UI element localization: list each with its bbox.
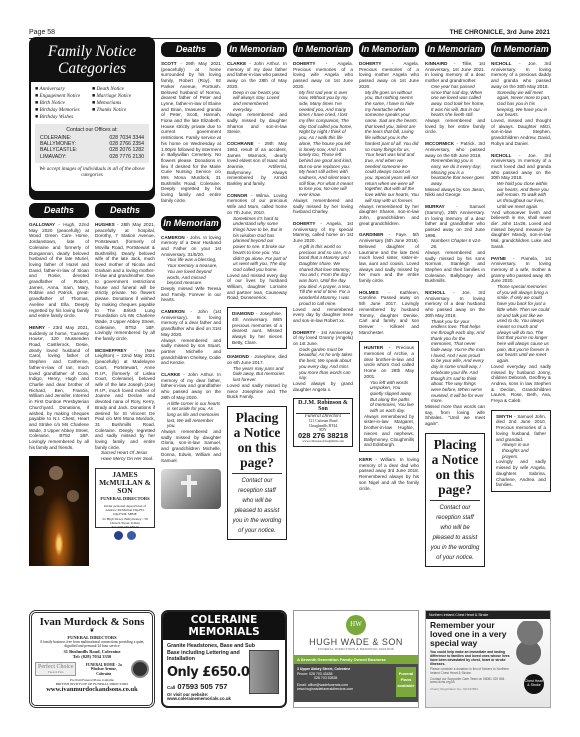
notice: KERR - William. In loving memory of a de… xyxy=(359,457,419,491)
chs-logo-icon: Chest Heart & Stroke xyxy=(524,674,544,694)
ornament-icon: ❦ xyxy=(35,628,149,635)
section-heading-memoriam: In Memoriam xyxy=(359,42,419,57)
crest-icon xyxy=(114,531,123,540)
memorials-website-link[interactable]: www.colerainememorials.co.uk xyxy=(167,697,281,702)
section-heading-memoriam: In Memoriam xyxy=(425,42,485,57)
notice-boxed: DIAMOND - Josephine. 4th Anniversary. Wi… xyxy=(227,307,287,349)
section-heading-deaths: Deaths xyxy=(161,42,221,57)
notice: NICHOLL - Joe. 3rd Anniversary. In lovin… xyxy=(491,61,551,147)
placing-notice-ad: Placing a Notice on this page? Contact o… xyxy=(425,433,485,567)
notice: MURRAY - Samuel (Sammy), 25th Anniversar… xyxy=(425,204,485,284)
notice: GALLOWAY - Hugh, 22nd May 2020 (peaceful… xyxy=(29,222,89,319)
notice: SCOTT - 29th May 2021 (peacefully) at ho… xyxy=(161,61,221,204)
notice: HENRY - 23rd May 2021, suddenly at home,… xyxy=(29,325,89,450)
notice: CAMERON - John (1st Anniversary). In lov… xyxy=(161,309,221,366)
column-deaths-1: Deaths GALLOWAY - Hugh, 22nd May 2020 (p… xyxy=(29,203,89,566)
column-5: In Memoriam DOHERTY - Angela. Precious m… xyxy=(293,42,353,452)
section-heading-memoriam: In Memoriam xyxy=(491,42,551,57)
column-7: In Memoriam KINNAIRD - Tillie, 1st Anniv… xyxy=(425,42,485,572)
section-heading-deaths: Deaths xyxy=(29,203,89,218)
mcmullan-funeral-ad: JAMES McMULLAN & SON FUNERAL DIRECTORS U… xyxy=(95,468,155,528)
hw-logo-icon: HW xyxy=(346,615,366,635)
candle-image xyxy=(29,456,89,566)
section-heading-memoriam: In Memoriam xyxy=(161,216,221,231)
category-item: Birth Notice xyxy=(35,100,92,106)
robinson-funeral-ad: D.J.M. Robinson & Son Funeral Directors … xyxy=(293,398,353,447)
office-row: LIMAVADY:028 7776 2130 xyxy=(40,154,144,160)
notice: HOLMES - Kathleen, Caroline. Passed away… xyxy=(359,290,419,336)
category-item: Anniversary xyxy=(35,86,92,92)
notice: MCCORMICK - Patrick. 3rd Anniversary, wh… xyxy=(425,141,485,198)
coleraine-memorials-ad: COLERAINE MEMORIALS Granite Headstones, … xyxy=(161,610,287,708)
notice: NICHOLL - Joe. 3rd Anniversary. In lovin… xyxy=(425,290,485,427)
notice: CONNOR - Wilma. Loving memories of our p… xyxy=(227,193,287,301)
family-notice-categories: Family Notice Categories Anniversary Dea… xyxy=(29,37,155,200)
selected-icon xyxy=(127,531,136,540)
notice: CLARKE - John Arthur. In memory of my de… xyxy=(227,61,287,135)
murdock-website-link[interactable]: www.ivanmurdockandsons.co.uk xyxy=(35,686,149,693)
section-heading-memoriam: In Memoriam xyxy=(293,42,353,57)
notice: COCHRANE - 29th May 1963, result of an a… xyxy=(227,141,287,187)
publication-date: THE CHRONICLE, 3rd June 2021 xyxy=(450,29,550,36)
notice: PAYNE - Pamela, 1st Anniversary. In lovi… xyxy=(491,256,551,404)
category-item: Birthday Memories xyxy=(35,107,92,113)
wade-email-link[interactable]: office@wadefunerals.com xyxy=(308,683,348,687)
headstone-image xyxy=(249,650,279,694)
column-6: In Memoriam DOHERTY - Angela. Precious m… xyxy=(359,42,419,497)
notice: DOHERTY - Angela. Precious memories of a… xyxy=(359,61,419,226)
notice: MCSHEFFREY - (Nee Leighton) – 22nd May 2… xyxy=(95,348,155,462)
column-8: In Memoriam NICHOLL - Joe. 3rd Anniversa… xyxy=(491,42,551,497)
notice-boxed: HUNTER - Precious memories of Archie, a … xyxy=(359,341,419,452)
category-list: Anniversary Death Notice Engagement Noti… xyxy=(35,86,149,120)
ivan-murdock-ad: Ivan Murdock & Sons ❦ FUNERAL DIRECTORS … xyxy=(29,610,155,708)
section-heading-deaths: Deaths xyxy=(95,203,155,218)
category-item: Memoriams xyxy=(92,100,149,106)
contact-offices: Contact our Offices at: COLERAINE:028 70… xyxy=(35,124,149,163)
hugh-wade-ad: HW HUGH WADE & SON FUNERAL DIRECTORS & M… xyxy=(293,610,419,708)
categories-title: Family Notice Categories xyxy=(31,43,153,77)
notice: DOHERTY - 1st Anniversary of my loved Gr… xyxy=(293,330,353,393)
notice-boxed: SMYTH - Samuel John, died 2nd June 2010.… xyxy=(491,410,551,492)
notice: CAMERON - John. In loving memory of a De… xyxy=(161,235,221,303)
accept-images-note: We accept images of individuals in all o… xyxy=(35,166,149,178)
notice: HUGHES - 28th May 2021, peacefully at ho… xyxy=(95,222,155,342)
notice: DOHERTY - Angela, 1st Anniversary of my … xyxy=(293,221,353,324)
category-item: Birthday Wishes xyxy=(35,114,92,120)
notice: DOHERTY - Angela. Precious memories of a… xyxy=(293,61,353,215)
category-item: Engagement Notice xyxy=(35,93,92,99)
page-number: Page 58 xyxy=(29,29,55,36)
category-item: Marriage Notice xyxy=(92,93,149,99)
category-item: Thanks Notice xyxy=(92,107,149,113)
category-item: Death Notice xyxy=(92,86,149,92)
notice: DIAMOND - Josephine, died on 6th June 20… xyxy=(227,354,287,400)
column-3: Deaths SCOTT - 29th May 2021 (peacefully… xyxy=(161,42,221,509)
column-deaths-2: Deaths HUGHES - 28th May 2021, peacefull… xyxy=(95,203,155,528)
crest-icon xyxy=(131,660,149,678)
section-heading-memoriam: In Memoriam xyxy=(227,42,287,57)
column-4: In Memoriam CLARKE - John Arthur. In mem… xyxy=(227,42,287,545)
perfect-choice-logo: Perfect ChoiceFuneral Plan xyxy=(35,662,76,676)
notice: GARDINER - Faye. 5th Anniversary (5th Ju… xyxy=(359,232,419,283)
placing-notice-ad: Placing a Notice on this page? Contact o… xyxy=(227,406,287,540)
bible-image xyxy=(161,469,221,509)
flowers-image xyxy=(516,621,544,666)
chest-heart-stroke-ad: Northern Ireland Chest Heart & Stroke Re… xyxy=(425,610,551,708)
notice: KINNAIRD - Tillie, 1st Anniversary, 1st … xyxy=(425,61,485,135)
notice: NICHOLL - Joe. 3rd Anniversary. In memor… xyxy=(491,153,551,250)
notice: CLARKE - John Arthur. In memory of my de… xyxy=(161,372,221,463)
